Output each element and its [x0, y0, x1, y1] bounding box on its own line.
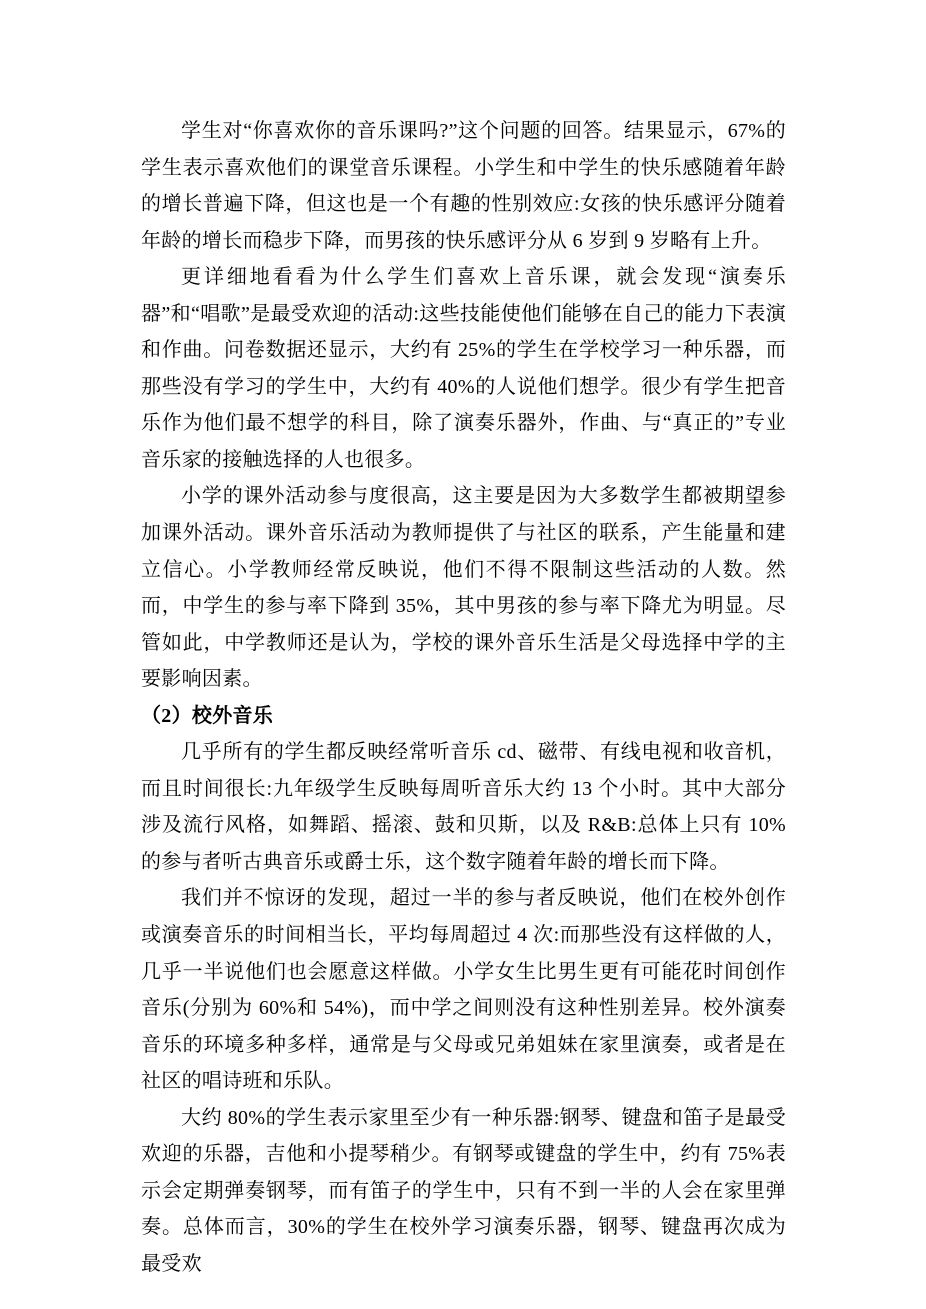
paragraph-favorite-activities: 更详细地看看为什么学生们喜欢上音乐课，就会发现“演奏乐器”和“唱歌”是最受欢迎的… — [141, 259, 786, 478]
paragraph-classroom-music-enjoyment: 学生对“你喜欢你的音乐课吗?”这个问题的回答。结果显示，67%的学生表示喜欢他们… — [141, 113, 786, 259]
paragraph-music-making-outside-school: 我们并不惊讶的发现，超过一半的参与者反映说，他们在校外创作或演奏音乐的时间相当长… — [141, 880, 786, 1099]
paragraph-music-listening-habits: 几乎所有的学生都反映经常听音乐 cd、磁带、有线电视和收音机，而且时间很长:九年… — [141, 734, 786, 880]
section-heading-out-of-school-music: （2）校外音乐 — [141, 698, 786, 735]
document-page: 学生对“你喜欢你的音乐课吗?”这个问题的回答。结果显示，67%的学生表示喜欢他们… — [0, 0, 926, 1309]
document-content: 学生对“你喜欢你的音乐课吗?”这个问题的回答。结果显示，67%的学生表示喜欢他们… — [141, 113, 786, 1283]
paragraph-extracurricular-participation: 小学的课外活动参与度很高，这主要是因为大多数学生都被期望参加课外活动。课外音乐活… — [141, 478, 786, 697]
paragraph-instruments-at-home: 大约 80%的学生表示家里至少有一种乐器:钢琴、键盘和笛子是最受欢迎的乐器，吉他… — [141, 1100, 786, 1283]
